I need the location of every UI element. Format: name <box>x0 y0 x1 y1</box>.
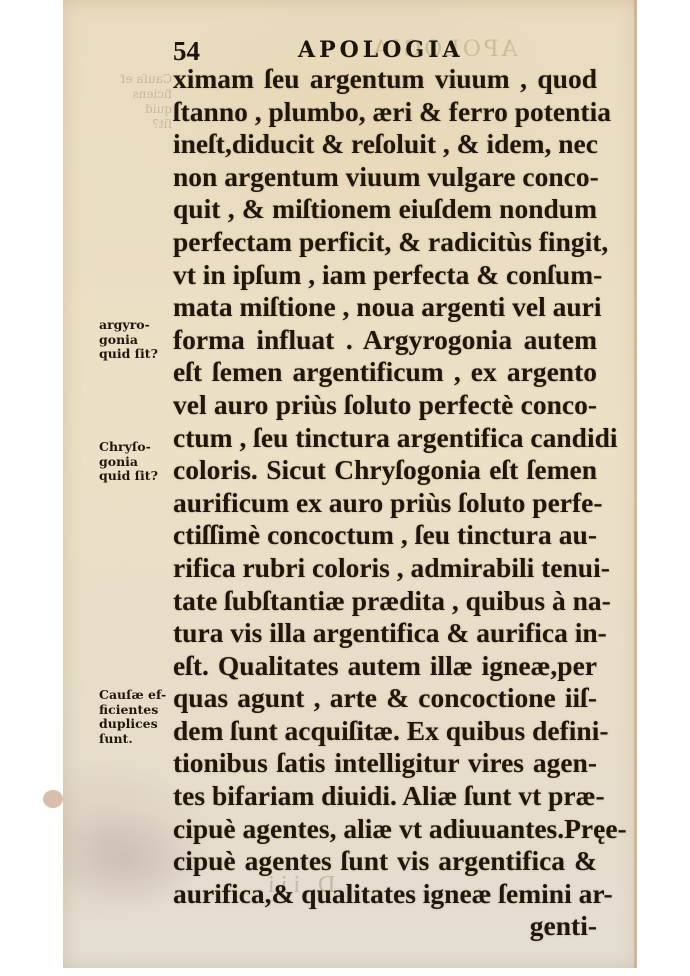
page-edge <box>634 0 637 968</box>
text-line: aurificum ex auro priùs ſoluto perfe- <box>173 487 597 520</box>
marginal-note-causae-efficientes: Cauſæ ef- ficientes duplices ſunt. <box>99 688 173 746</box>
text-line: forma influat . Argyrogonia autem <box>173 324 597 357</box>
text-line: aurifica,& qualitates igneæ ſemini ar- <box>173 878 597 911</box>
body-text: ximam ſeu argentum viuum , quod ſtanno ,… <box>173 63 597 943</box>
text-line: eſt. Qualitates autem illæ igneæ,per <box>173 650 597 683</box>
text-line: tura vis illa argentifica & aurifica in- <box>173 617 597 650</box>
text-line: perfectam perficit, & radicitùs fingit, <box>173 226 597 259</box>
text-line: eſt ſemen argentificum , ex argento <box>173 356 597 389</box>
marginal-note-argyrogonia: argyro- gonia quid ſit? <box>99 318 173 362</box>
show-through-margin-note: Cauſa ef ficiens quid ſit? <box>92 72 172 132</box>
text-line: ſtanno , plumbo, æri & ferro potentia <box>173 96 597 129</box>
text-line: cipuè agentes, aliæ vt adiuuantes.Pręe- <box>173 813 597 846</box>
text-line: tes bifariam diuidi. Aliæ ſunt vt præ- <box>173 780 597 813</box>
text-line: cipuè agentes ſunt vis argentifica & <box>173 845 597 878</box>
text-line: ineſt,diducit & reſoluit , & idem, nec <box>173 128 597 161</box>
text-line: tionibus ſatis intelligitur vires agen- <box>173 747 597 780</box>
ink-stain <box>43 790 63 808</box>
text-line: quit , & miſtionem eiuſdem nondum <box>173 193 597 226</box>
text-line: rifica rubri coloris , admirabili tenui- <box>173 552 597 585</box>
marginal-note-chrysogonia: Chryſo- gonia quid ſit? <box>99 440 173 484</box>
text-line: vel auro priùs ſoluto perfectè conco- <box>173 389 597 422</box>
text-line: vt in ipſum , iam perfecta & conſum- <box>173 259 597 292</box>
text-line: mata miſtione , noua argenti vel auri <box>173 291 597 324</box>
text-line: ximam ſeu argentum viuum , quod <box>173 63 597 96</box>
text-line: ctum , ſeu tinctura argentifica candidi <box>173 422 597 455</box>
text-line: ctiſſimè concoctum , ſeu tinctura au- <box>173 519 597 552</box>
text-line: tate ſubſtantiæ prædita , quibus à na- <box>173 585 597 618</box>
running-head: APOLOGIA <box>298 37 464 63</box>
catchword: genti- <box>173 910 597 943</box>
text-line: dem ſunt acquiſitæ. Ex quibus defini- <box>173 715 597 748</box>
text-line: non argentum viuum vulgare conco- <box>173 161 597 194</box>
text-line: coloris. Sicut Chryſogonia eſt ſemen <box>173 454 597 487</box>
text-line: quas agunt , arte & concoctione iiſ- <box>173 682 597 715</box>
page-header: 54 APOLOGIA <box>173 36 593 66</box>
